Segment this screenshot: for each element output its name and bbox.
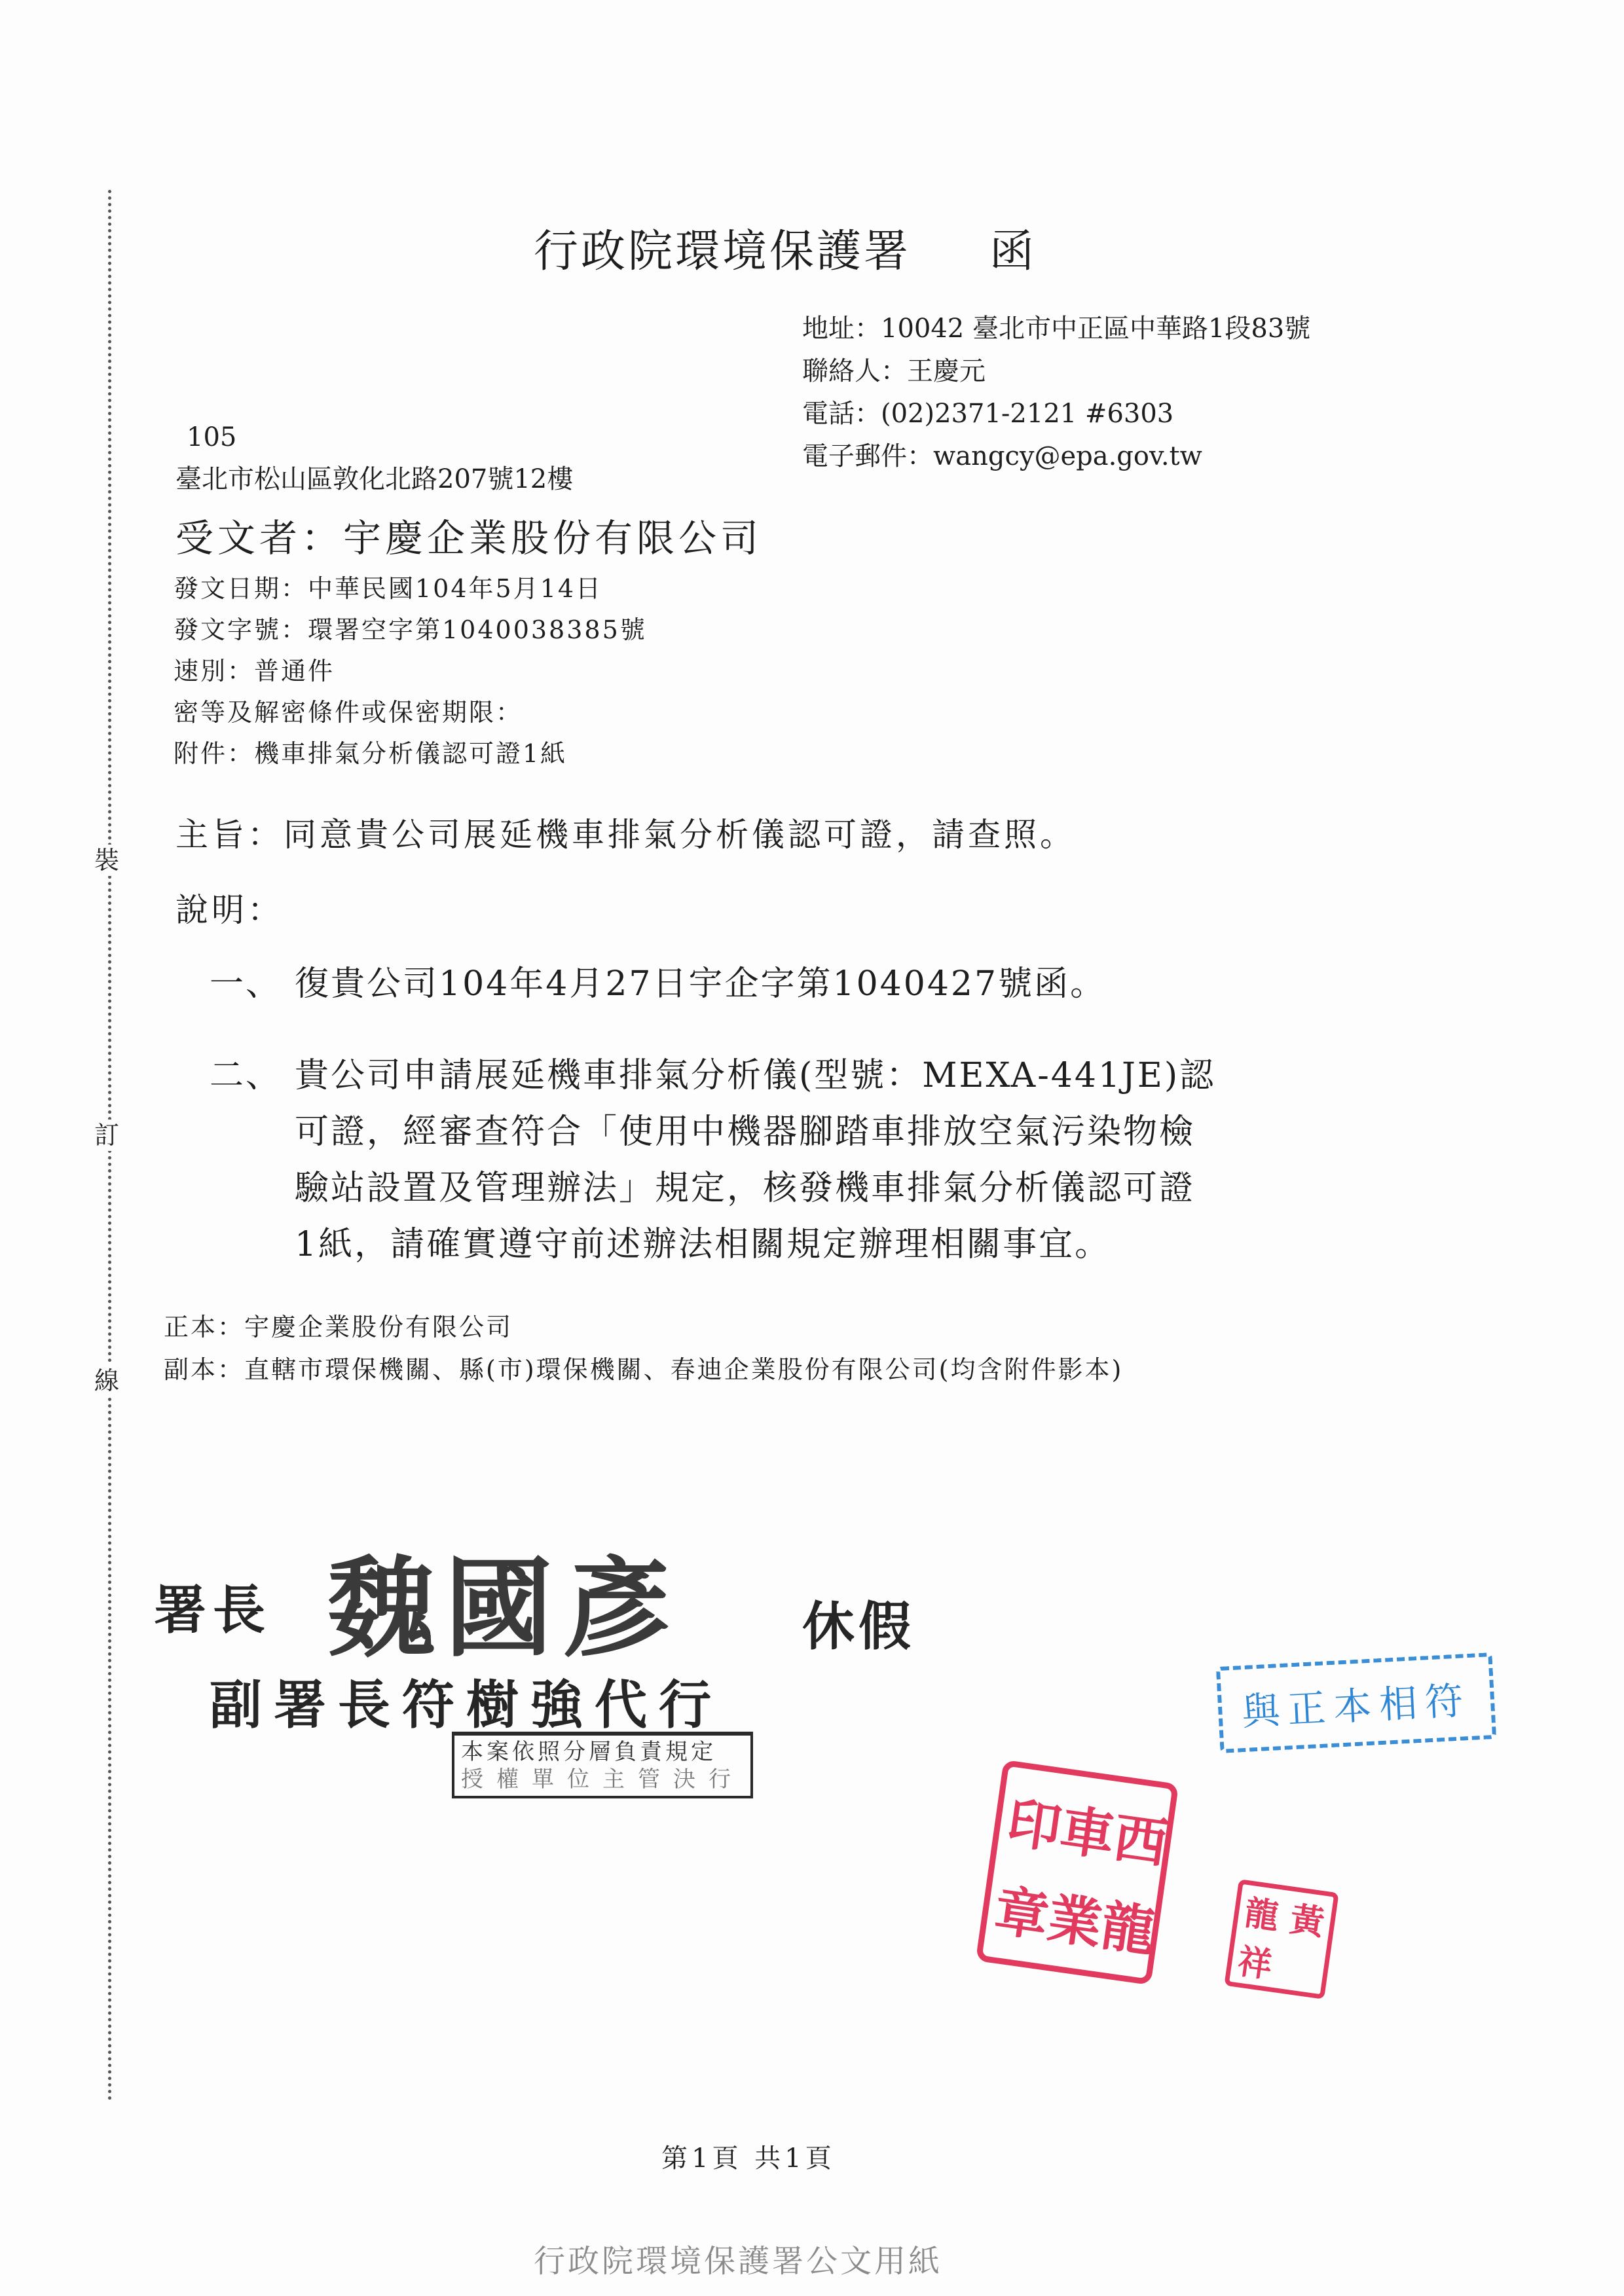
issue-date: 發文日期：中華民國104年5月14日 xyxy=(174,568,647,610)
certified-copy-stamp: 與正本相符 xyxy=(1216,1652,1496,1753)
binding-char-xian: 線 xyxy=(77,1365,136,1396)
signer-status: 休假 xyxy=(802,1584,915,1660)
seal-char: 祥 xyxy=(1235,1934,1276,1988)
signer-title: 署長 xyxy=(154,1568,272,1643)
recipient-zip: 105 xyxy=(187,422,236,452)
recipient-name: 受文者：宇慶企業股份有限公司 xyxy=(175,507,762,562)
seal-char: 西 xyxy=(1109,1795,1173,1878)
item-text: 驗站設置及管理辦法」規定，核發機車排氣分析儀認可證 xyxy=(210,1160,1215,1216)
doc-type: 函 xyxy=(989,226,1037,278)
personal-seal: 龍 黃 祥 xyxy=(1224,1879,1338,1999)
cc-recipients: 副本：直轄市環保機關、縣(市)環保機關、春迪企業股份有限公司(均含附件影本) xyxy=(164,1349,1123,1391)
binding-char-zhuang: 裝 xyxy=(77,845,136,876)
agency-name: 行政院環境保護署 xyxy=(534,226,911,278)
sender-contact-block: 地址：10042 臺北市中正區中華路1段83號 聯絡人：王慶元 電話：(02)2… xyxy=(802,308,1310,478)
explanation-label: 說明： xyxy=(175,884,284,931)
sender-address: 地址：10042 臺北市中正區中華路1段83號 xyxy=(802,308,1310,350)
official-paper-label: 行政院環境保護署公文用紙 xyxy=(534,2236,942,2281)
item-text: 貴公司申請展延機車排氣分析儀(型號：MEXA-441JE)認 xyxy=(295,1056,1215,1095)
binding-char-ding: 訂 xyxy=(77,1120,136,1151)
delegation-stamp: 本案依照分層負責規定 授權單位主管決行 xyxy=(452,1732,753,1798)
contact-phone: 電話：(02)2371-2121 #6303 xyxy=(802,393,1310,435)
delegation-line-2: 授權單位主管決行 xyxy=(461,1766,744,1793)
item-text: 復貴公司104年4月27日宇企字第1040427號函。 xyxy=(295,964,1106,1004)
confidentiality: 密等及解密條件或保密期限： xyxy=(174,692,647,733)
acting-signer: 副署長符樹強代行 xyxy=(210,1663,723,1738)
document-title: 行政院環境保護署函 xyxy=(534,216,1037,280)
priority: 速別：普通件 xyxy=(174,651,647,692)
item-number: 一、 xyxy=(210,956,295,1012)
company-seal: 印 車 西 章 業 龍 xyxy=(976,1760,1179,1986)
contact-email: 電子郵件：wangcy@epa.gov.tw xyxy=(802,435,1310,478)
signer-name: 魏國彥 xyxy=(327,1522,679,1677)
explanation-item-1: 一、復貴公司104年4月27日宇企字第1040427號函。 xyxy=(210,956,1106,1012)
attachment: 附件：機車排氣分析儀認可證1紙 xyxy=(174,733,647,774)
recipient-address: 臺北市松山區敦化北路207號12樓 xyxy=(175,458,573,496)
original-recipient: 正本：宇慶企業股份有限公司 xyxy=(164,1306,1123,1349)
document-meta: 發文日期：中華民國104年5月14日 發文字號：環署空字第1040038385號… xyxy=(174,568,647,774)
seal-char: 黃 xyxy=(1287,1891,1328,1945)
distribution-block: 正本：宇慶企業股份有限公司 副本：直轄市環保機關、縣(市)環保機關、春迪企業股份… xyxy=(164,1306,1123,1391)
seal-char: 龍 xyxy=(1097,1883,1161,1966)
delegation-line-1: 本案依照分層負責規定 xyxy=(461,1738,744,1766)
explanation-item-2: 二、貴公司申請展延機車排氣分析儀(型號：MEXA-441JE)認 可證，經審查符… xyxy=(210,1048,1215,1273)
item-text: 1紙，請確實遵守前述辦法相關規定辦理相關事宜。 xyxy=(210,1216,1215,1273)
item-number: 二、 xyxy=(210,1048,295,1104)
page-number: 第1頁 共1頁 xyxy=(661,2138,836,2175)
contact-person: 聯絡人：王慶元 xyxy=(802,350,1310,393)
subject-line: 主旨：同意貴公司展延機車排氣分析儀認可證，請查照。 xyxy=(175,809,1076,856)
seal-char: 龍 xyxy=(1242,1885,1283,1939)
item-text: 可證，經審查符合「使用中機器腳踏車排放空氣污染物檢 xyxy=(210,1104,1215,1160)
document-number: 發文字號：環署空字第1040038385號 xyxy=(174,610,647,651)
